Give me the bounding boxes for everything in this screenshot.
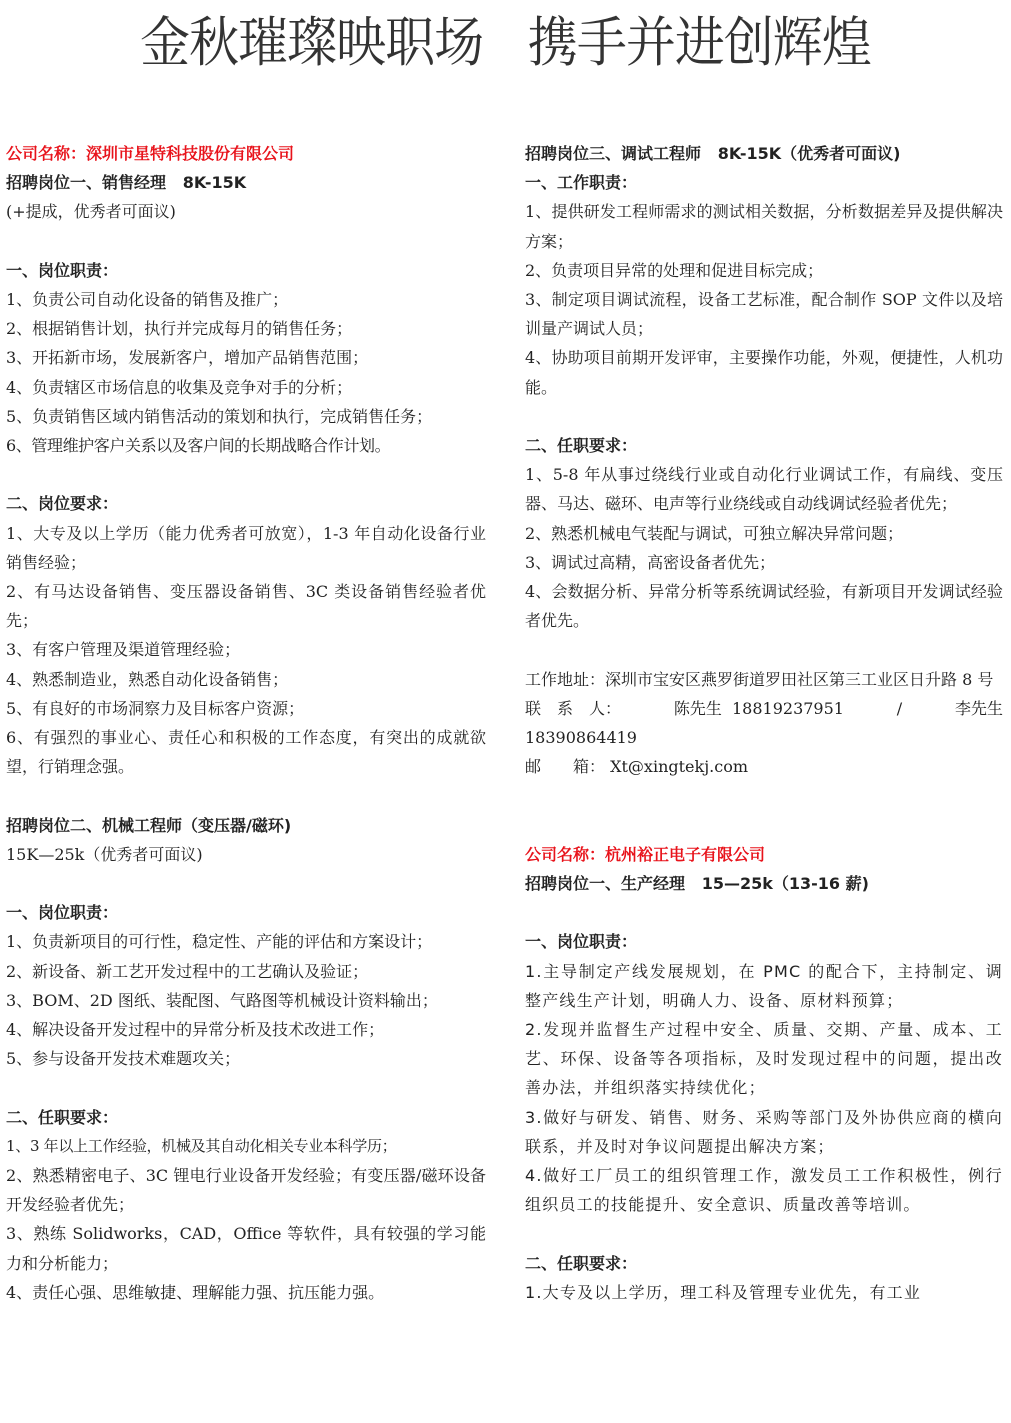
list-item: 4、熟悉制造业，熟悉自动化设备销售； [6,665,486,694]
section-heading-duties: 一、岗位职责： [6,898,486,927]
list-item: 4.做好工厂员工的组织管理工作，激发员工工作积极性，例行组织员工的技能提升、安全… [525,1161,1003,1219]
list-item: 3、调试过高精，高密设备者优先； [525,548,1003,577]
contact-1: 陈先生 18819237951 [674,694,844,723]
contact-label: 联 系 人： [525,694,621,723]
section-heading-requirements: 二、任职要求： [525,1249,1003,1278]
list-item: 1、3 年以上工作经验，机械及其自动化相关专业本科学历； [6,1132,486,1161]
list-item: 6、管理维护客户关系以及客户间的长期战略合作计划。 [6,431,486,460]
company-name-yuzheng: 公司名称：杭州裕正电子有限公司 [525,840,1003,869]
list-item: 5、负责销售区域内销售活动的策划和执行，完成销售任务； [6,402,486,431]
list-item: 2、有马达设备销售、变压器设备销售、3C 类设备销售经验者优先； [6,577,486,635]
contact-2-phone: 18390864419 [525,723,1003,752]
email-row: 邮 箱： Xt@xingtekj.com [525,752,1003,781]
section-heading-requirements: 二、任职要求： [6,1103,486,1132]
list-item: 3、BOM、2D 图纸、装配图、气路图等机械设计资料输出； [6,986,486,1015]
page-title: 金秋璀璨映职场 携手并进创辉煌 [0,8,1011,77]
contact-2-name: 李先生 [955,694,1003,723]
section-heading-duties: 一、岗位职责： [6,256,486,285]
list-item: 3.做好与研发、销售、财务、采购等部门及外协供应商的横向联系，并及时对争议问题提… [525,1103,1003,1161]
list-item: 1.主导制定产线发展规划，在 PMC 的配合下，主持制定、调整产线生产计划，明确… [525,957,1003,1015]
list-item: 1.大专及以上学历，理工科及管理专业优先，有工业 [525,1278,1003,1307]
list-item: 2、熟悉精密电子、3C 锂电行业设备开发经验；有变压器/磁环设备开发经验者优先； [6,1161,486,1219]
list-item: 4、解决设备开发过程中的异常分析及技术改进工作； [6,1015,486,1044]
left-column: 公司名称：深圳市星特科技股份有限公司 招聘岗位一、销售经理 8K-15K (+提… [6,139,486,1307]
list-item: 2、负责项目异常的处理和促进目标完成； [525,256,1003,285]
section-heading-duties: 一、岗位职责： [525,927,1003,956]
right-column: 招聘岗位三、调试工程师 8K-15K（优秀者可面议) 一、工作职责： 1、提供研… [525,139,1003,1307]
job-salary: 15K—25k（优秀者可面议) [6,840,486,869]
section-heading-duties: 一、工作职责： [525,168,1003,197]
list-item: 2、新设备、新工艺开发过程中的工艺确认及验证； [6,957,486,986]
list-item: 3、制定项目调试流程，设备工艺标准，配合制作 SOP 文件以及培训量产调试人员； [525,285,1003,343]
list-item: 4、会数据分析、异常分析等系统调试经验，有新项目开发调试经验者优先。 [525,577,1003,635]
job-title-mechanical-engineer: 招聘岗位二、机械工程师（变压器/磁环) [6,811,486,840]
list-item: 2、熟悉机械电气装配与调试，可独立解决异常问题； [525,519,1003,548]
job-note: (+提成，优秀者可面议) [6,197,486,226]
list-item: 1、大专及以上学历（能力优秀者可放宽），1-3 年自动化设备行业销售经验； [6,519,486,577]
list-item: 2、根据销售计划，执行并完成每月的销售任务； [6,314,486,343]
list-item: 5、参与设备开发技术难题攻关； [6,1044,486,1073]
list-item: 6、有强烈的事业心、责任心和积极的工作态度，有突出的成就欲望，行销理念强。 [6,723,486,781]
list-item: 1、提供研发工程师需求的测试相关数据，分析数据差异及提供解决方案； [525,197,1003,255]
job-title-sales-manager: 招聘岗位一、销售经理 8K-15K [6,168,486,197]
contact-separator: / [897,694,902,723]
company-name-xingte: 公司名称：深圳市星特科技股份有限公司 [6,139,486,168]
section-heading-requirements: 二、岗位要求： [6,489,486,518]
job-title-production-manager: 招聘岗位一、生产经理 15—25k（13-16 薪) [525,869,1003,898]
list-item: 1、负责公司自动化设备的销售及推广； [6,285,486,314]
email-label: 邮 箱： [525,757,605,776]
list-item: 1、负责新项目的可行性，稳定性、产能的评估和方案设计； [6,927,486,956]
email-link[interactable]: Xt@xingtekj.com [610,757,748,776]
list-item: 3、熟练 Solidworks，CAD，Office 等软件，具有较强的学习能力… [6,1219,486,1277]
list-item: 3、有客户管理及渠道管理经验； [6,635,486,664]
list-item: 2.发现并监督生产过程中安全、质量、交期、产量、成本、工艺、环保、设备等各项指标… [525,1015,1003,1103]
job-title-debug-engineer: 招聘岗位三、调试工程师 8K-15K（优秀者可面议) [525,139,1003,168]
section-heading-requirements: 二、任职要求： [525,431,1003,460]
list-item: 5、有良好的市场洞察力及目标客户资源； [6,694,486,723]
list-item: 4、责任心强、思维敏捷、理解能力强、抗压能力强。 [6,1278,486,1307]
work-address: 工作地址：深圳市宝安区燕罗街道罗田社区第三工业区日升路 8 号 [525,665,1003,694]
list-item: 4、负责辖区市场信息的收集及竞争对手的分析； [6,373,486,402]
contact-person-row: 联 系 人： 陈先生 18819237951 / 李先生 [525,694,1003,723]
list-item: 4、协助项目前期开发评审，主要操作功能，外观，便捷性，人机功能。 [525,343,1003,401]
list-item: 1、5-8 年从事过绕线行业或自动化行业调试工作，有扁线、变压器、马达、磁环、电… [525,460,1003,518]
list-item: 3、开拓新市场，发展新客户，增加产品销售范围； [6,343,486,372]
